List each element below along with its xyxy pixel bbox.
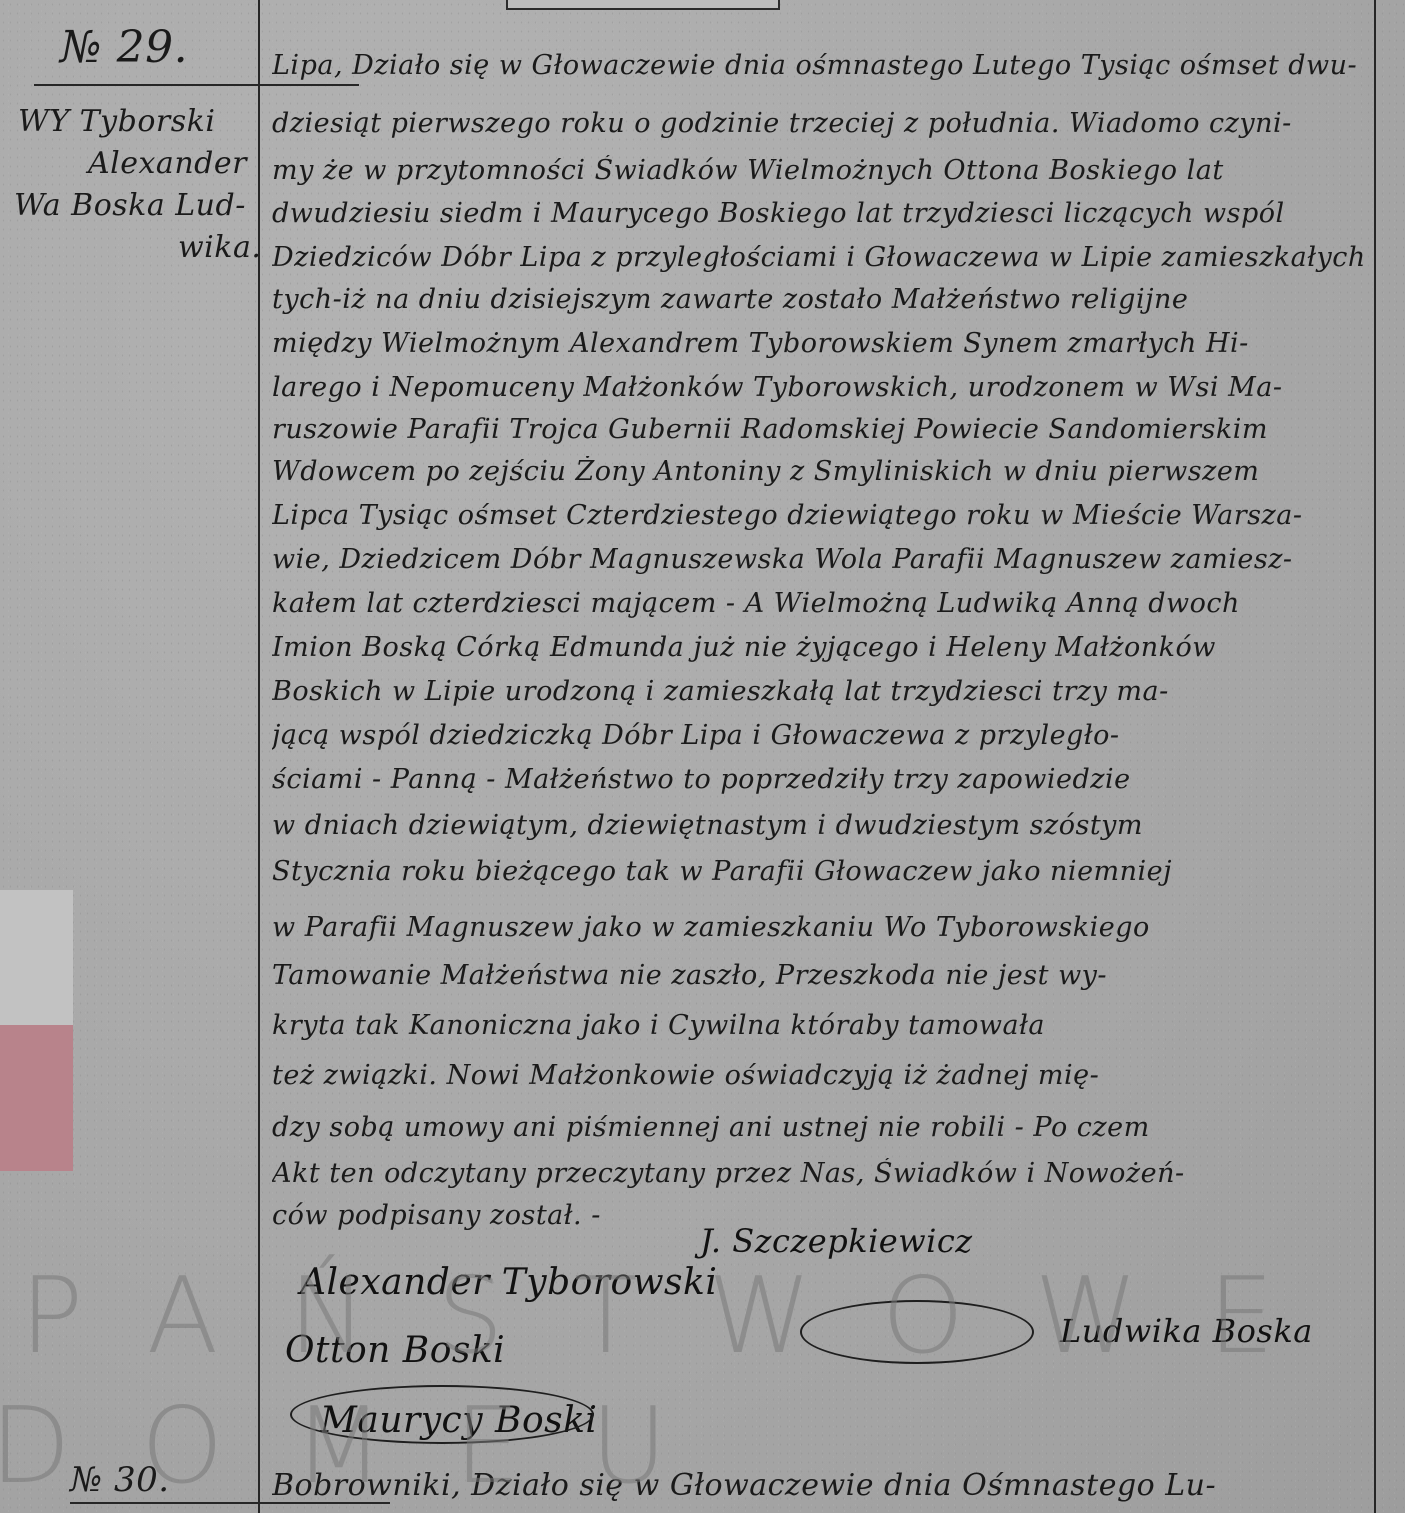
record-line-17: ściami - Panną - Małżeństwo to poprzedzi… <box>272 764 1367 795</box>
record-line-1: Lipa, Działo się w Głowaczewie dnia ośmn… <box>272 50 1367 81</box>
margin-groom-name: Alexander <box>88 146 247 181</box>
margin-bride-name-cont: wika. <box>178 230 261 265</box>
record-line-23: też związki. Nowi Małżonkowie oświadczyj… <box>272 1060 1367 1091</box>
record-line-3: my że w przytomności Świadków Wielmożnyc… <box>272 155 1367 186</box>
record-line-8: larego i Nepomuceny Małżonków Tyborowski… <box>272 372 1367 403</box>
record-line-24: dzy sobą umowy ani piśmiennej ani ustnej… <box>272 1112 1367 1143</box>
record-line-14: Imion Boską Córką Edmunda już nie żyjące… <box>272 632 1367 663</box>
margin-bride-name: Wa Boska Lud- <box>14 188 246 223</box>
entry-header-rule <box>34 84 359 86</box>
record-line-20: w Parafii Magnuszew jako w zamieszkaniu … <box>272 912 1367 943</box>
record-line-11: Lipca Tysiąc ośmset Czterdziestego dziew… <box>272 500 1367 531</box>
record-line-16: jącą wspól dziedziczką Dóbr Lipa i Głowa… <box>272 720 1367 751</box>
margin-groom-surname: WY Tyborski <box>18 104 215 139</box>
record-line-15: Boskich w Lipie urodzoną i zamieszkałą l… <box>272 676 1367 707</box>
record-line-10: Wdowcem po zejściu Żony Antoniny z Smyli… <box>272 456 1367 487</box>
record-line-2: dziesiąt pierwszego roku o godzinie trze… <box>272 108 1367 139</box>
archive-watermark-line1: PAŃSTWOWE <box>20 1255 1344 1377</box>
record-line-7: między Wielmożnym Alexandrem Tyborowskie… <box>272 328 1367 359</box>
archive-watermark-line2: DOMEU <box>0 1385 737 1507</box>
record-line-13: kałem lat czterdziesci mającem - A Wielm… <box>272 588 1367 619</box>
record-line-6: tych-iż na dniu dzisiejszym zawarte zost… <box>272 284 1367 315</box>
record-line-5: Dziedziców Dóbr Lipa z przyległościami i… <box>272 242 1367 273</box>
record-line-21: Tamowanie Małżeństwa nie zaszło, Przeszk… <box>272 960 1367 991</box>
record-line-9: ruszowie Parafii Trojca Gubernii Radomsk… <box>272 414 1367 445</box>
stamp-edge <box>506 0 780 10</box>
record-line-25: Akt ten odczytany przeczytany przez Nas,… <box>272 1158 1367 1189</box>
record-line-18: w dniach dziewiątym, dziewiętnastym i dw… <box>272 810 1367 841</box>
document-page: № 29. WY Tyborski Alexander Wa Boska Lud… <box>0 0 1405 1513</box>
record-line-22: kryta tak Kanoniczna jako i Cywilna któr… <box>272 1010 1367 1041</box>
flag-band-white <box>0 890 73 1025</box>
entry-number: № 29. <box>60 22 188 73</box>
record-line-19: Stycznia roku bieżącego tak w Parafii Gł… <box>272 856 1367 887</box>
flag-band-red <box>0 1025 73 1171</box>
record-line-4: dwudziesiu siedm i Maurycego Boskiego la… <box>272 198 1367 229</box>
right-border-rule <box>1374 0 1376 1513</box>
record-line-12: wie, Dziedzicem Dóbr Magnuszewska Wola P… <box>272 544 1367 575</box>
